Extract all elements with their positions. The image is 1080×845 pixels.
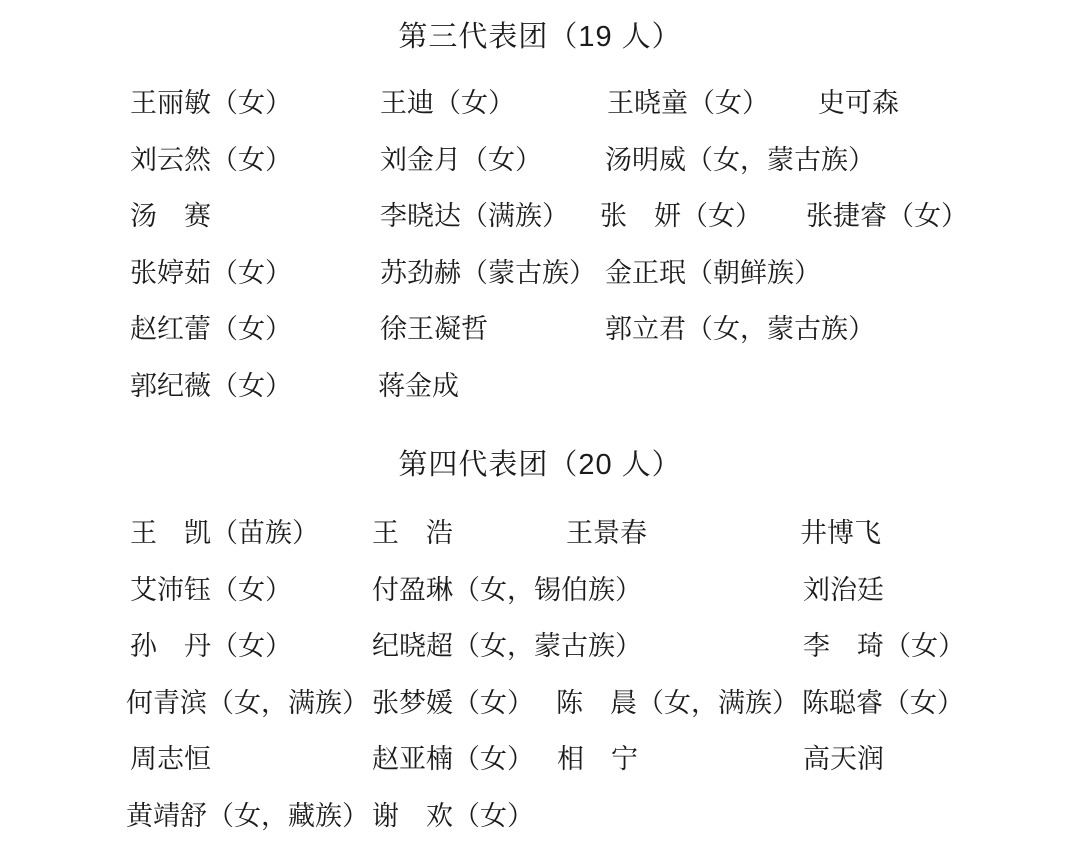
delegate-name: 孙 丹（女） (130, 631, 292, 661)
delegate-name: 王 凯（苗族） (130, 518, 319, 548)
delegate-name: 张婷茹（女） (130, 258, 292, 288)
delegate-name: 陈聪睿（女） (802, 688, 964, 718)
delegate-name: 周志恒 (130, 744, 211, 774)
delegate-name: 张梦媛（女） (372, 688, 534, 718)
delegate-name: 李晓达（满族） (380, 201, 569, 231)
delegate-name: 刘治廷 (803, 575, 884, 605)
delegate-name: 王丽敏（女） (130, 88, 292, 118)
delegate-name: 李 琦（女） (803, 631, 965, 661)
delegate-name: 苏劲赫（蒙古族） (380, 258, 596, 288)
delegate-name: 张 妍（女） (600, 201, 762, 231)
delegate-name: 王景春 (566, 518, 647, 548)
document-page: 第三代表团（19 人） 王丽敏（女） 王迪（女） 王晓童（女） 史可森 刘云然（… (0, 0, 1080, 845)
delegate-name: 赵红蕾（女） (130, 314, 292, 344)
delegate-name: 付盈琳（女，锡伯族） (372, 575, 642, 605)
delegate-name: 蒋金成 (378, 371, 459, 401)
delegate-name: 纪晓超（女，蒙古族） (372, 631, 642, 661)
delegate-name: 赵亚楠（女） (372, 744, 534, 774)
delegate-name: 王迪（女） (380, 88, 515, 118)
section-title-delegation-4: 第四代表团（20 人） (0, 450, 1080, 481)
delegate-name: 郭立君（女，蒙古族） (605, 314, 875, 344)
delegate-name: 张捷睿（女） (806, 201, 968, 231)
section-title-delegation-3: 第三代表团（19 人） (0, 22, 1080, 53)
delegate-name: 王 浩 (372, 518, 453, 548)
delegate-name: 刘金月（女） (380, 145, 542, 175)
delegate-name: 郭纪薇（女） (130, 371, 292, 401)
delegate-name: 谢 欢（女） (372, 801, 534, 831)
delegate-name: 井博飞 (800, 518, 881, 548)
delegate-name: 汤 赛 (130, 201, 211, 231)
delegate-name: 陈 晨（女，满族） (556, 688, 799, 718)
delegate-name: 何青滨（女，满族） (126, 688, 369, 718)
delegate-name: 刘云然（女） (130, 145, 292, 175)
delegate-name: 史可森 (818, 88, 899, 118)
delegate-name: 徐王凝哲 (380, 314, 488, 344)
delegate-name: 高天润 (803, 744, 884, 774)
delegate-name: 王晓童（女） (607, 88, 769, 118)
delegate-name: 金正珉（朝鲜族） (605, 258, 821, 288)
delegate-name: 相 宁 (557, 744, 638, 774)
delegate-name: 艾沛钰（女） (130, 575, 292, 605)
delegate-name: 汤明威（女，蒙古族） (605, 145, 875, 175)
delegate-name: 黄靖舒（女，藏族） (126, 801, 369, 831)
